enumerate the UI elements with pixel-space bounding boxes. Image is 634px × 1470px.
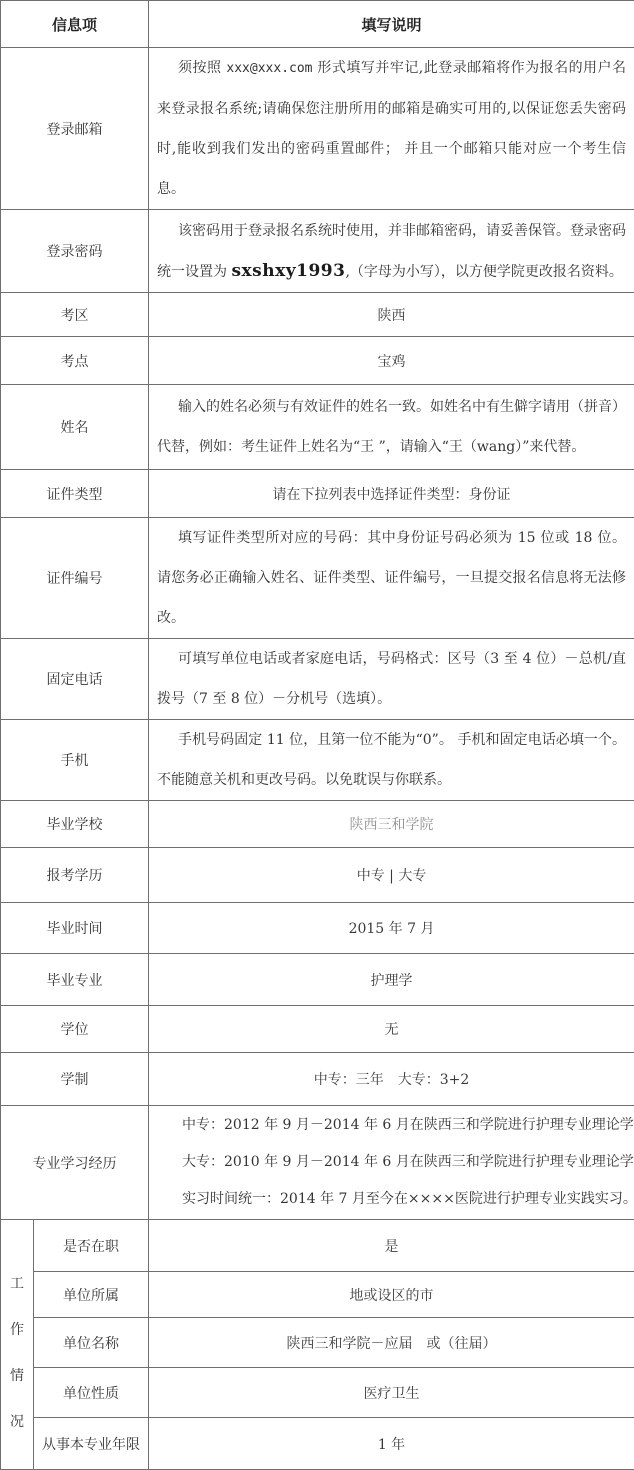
table-row-unit-name: 单位名称 陕西三和学院－应届 或（往届） [1, 1318, 634, 1368]
table-row-graduation-major: 毕业专业 护理学 [1, 954, 634, 1006]
row-value-graduation-time: 2015 年 7 月 [149, 903, 634, 954]
registration-instructions-document: 信息项 填写说明 登录邮箱 须按照 xxx@xxx.com 形式填写并牢记,此登… [0, 0, 634, 1470]
row-value-exam-area: 陕西 [149, 293, 634, 337]
row-label-unit-name: 单位名称 [34, 1318, 149, 1368]
row-label-name: 姓名 [1, 385, 149, 470]
row-label-login-password: 登录密码 [1, 210, 149, 293]
table-row-degree: 学位 无 [1, 1006, 634, 1053]
email-format-code: xxx@xxx.com [226, 61, 312, 76]
row-label-exam-site: 考点 [1, 337, 149, 385]
row-label-mobile: 手机 [1, 720, 149, 801]
row-label-employed: 是否在职 [34, 1220, 149, 1272]
row-value-graduate-school: 陕西三和学院 [149, 801, 634, 848]
row-value-graduation-major: 护理学 [149, 954, 634, 1006]
table-row-id-type: 证件类型 请在下拉列表中选择证件类型：身份证 [1, 470, 634, 518]
table-row-schooling-length: 学制 中专：三年 大专：3+2 [1, 1053, 634, 1106]
row-label-schooling-length: 学制 [1, 1053, 149, 1106]
table-header-row: 信息项 填写说明 [1, 1, 634, 48]
table-row-exam-area: 考区 陕西 [1, 293, 634, 337]
registration-info-table: 信息项 填写说明 登录邮箱 须按照 xxx@xxx.com 形式填写并牢记,此登… [0, 0, 634, 1470]
row-desc-mobile: 手机号码固定 11 位，且第一位不能为“0”。 手机和固定电话必填一个。不能随意… [149, 720, 634, 801]
row-label-graduate-school: 毕业学校 [1, 801, 149, 848]
row-label-exam-area: 考区 [1, 293, 149, 337]
row-label-degree: 学位 [1, 1006, 149, 1053]
row-desc-id-number: 填写证件类型所对应的号码：其中身份证号码必须为 15 位或 18 位。 请您务必… [149, 518, 634, 639]
table-row-employed: 工作情况 是否在职 是 [1, 1220, 634, 1272]
row-desc-study-experience: 中专：2012 年 9 月－2014 年 6 月在陕西三和学院进行护理专业理论学… [149, 1106, 634, 1220]
row-value-unit-region: 地或设区的市 [149, 1272, 634, 1318]
column-header-info-item: 信息项 [1, 1, 149, 48]
study-experience-line-2: 大专：2010 年 9 月－2014 年 6 月在陕西三和学院进行护理专业理论学… [182, 1144, 628, 1181]
row-label-graduation-major: 毕业专业 [1, 954, 149, 1006]
row-value-unit-type: 医疗卫生 [149, 1368, 634, 1418]
row-desc-landline: 可填写单位电话或者家庭电话，号码格式：区号（3 至 4 位）－总机/直拨号（7 … [149, 639, 634, 720]
row-desc-login-password: 该密码用于登录报名系统时使用，并非邮箱密码，请妥善保管。登录密码统一设置为 sx… [149, 210, 634, 293]
row-label-graduation-time: 毕业时间 [1, 903, 149, 954]
table-row-unit-region: 单位所属 地或设区的市 [1, 1272, 634, 1318]
login-password-text-after: ,（字母为小写），以方便学院更改报名资料。 [345, 264, 622, 280]
table-row-applied-education: 报考学历 中专 | 大专 [1, 848, 634, 903]
work-status-section-cell: 工作情况 [1, 1220, 34, 1470]
name-paragraph: 输入的姓名必须与有效证件的姓名一致。如姓名中有生僻字请用（拼音）代替，例如：考生… [157, 387, 626, 467]
table-row-id-number: 证件编号 填写证件类型所对应的号码：其中身份证号码必须为 15 位或 18 位。… [1, 518, 634, 639]
study-experience-line-3: 实习时间统一：2014 年 7 月至今在××××医院进行护理专业实践实习。 [182, 1181, 628, 1218]
row-label-landline: 固定电话 [1, 639, 149, 720]
login-password-paragraph: 该密码用于登录报名系统时使用，并非邮箱密码，请妥善保管。登录密码统一设置为 sx… [157, 211, 626, 292]
work-status-vertical-label: 工作情况 [10, 1261, 25, 1445]
row-value-degree: 无 [149, 1006, 634, 1053]
row-label-login-email: 登录邮箱 [1, 48, 149, 210]
table-row-landline: 固定电话 可填写单位电话或者家庭电话，号码格式：区号（3 至 4 位）－总机/直… [1, 639, 634, 720]
row-label-id-type: 证件类型 [1, 470, 149, 518]
table-row-mobile: 手机 手机号码固定 11 位，且第一位不能为“0”。 手机和固定电话必填一个。不… [1, 720, 634, 801]
row-value-id-type: 请在下拉列表中选择证件类型：身份证 [149, 470, 634, 518]
row-label-years-in-profession: 从事本专业年限 [34, 1418, 149, 1470]
table-row-years-in-profession: 从事本专业年限 1 年 [1, 1418, 634, 1470]
row-label-applied-education: 报考学历 [1, 848, 149, 903]
landline-paragraph: 可填写单位电话或者家庭电话，号码格式：区号（3 至 4 位）－总机/直拨号（7 … [157, 639, 626, 719]
row-label-unit-region: 单位所属 [34, 1272, 149, 1318]
table-row-name: 姓名 输入的姓名必须与有效证件的姓名一致。如姓名中有生僻字请用（拼音）代替，例如… [1, 385, 634, 470]
login-email-text-after: 形式填写并牢记,此登录邮箱将作为报名的用户名来登录报名系统;请确保您注册所用的邮… [157, 60, 626, 197]
row-desc-login-email: 须按照 xxx@xxx.com 形式填写并牢记,此登录邮箱将作为报名的用户名来登… [149, 48, 634, 210]
table-row-exam-site: 考点 宝鸡 [1, 337, 634, 385]
table-row-graduate-school: 毕业学校 陕西三和学院 [1, 801, 634, 848]
login-email-paragraph: 须按照 xxx@xxx.com 形式填写并牢记,此登录邮箱将作为报名的用户名来登… [157, 48, 626, 209]
row-value-schooling-length: 中专：三年 大专：3+2 [149, 1053, 634, 1106]
row-value-exam-site: 宝鸡 [149, 337, 634, 385]
table-row-unit-type: 单位性质 医疗卫生 [1, 1368, 634, 1418]
id-number-paragraph: 填写证件类型所对应的号码：其中身份证号码必须为 15 位或 18 位。 请您务必… [157, 518, 626, 638]
mobile-paragraph: 手机号码固定 11 位，且第一位不能为“0”。 手机和固定电话必填一个。不能随意… [157, 720, 626, 800]
column-header-instructions: 填写说明 [149, 1, 634, 48]
study-experience-line-1: 中专：2012 年 9 月－2014 年 6 月在陕西三和学院进行护理专业理论学… [182, 1107, 628, 1144]
row-desc-name: 输入的姓名必须与有效证件的姓名一致。如姓名中有生僻字请用（拼音）代替，例如：考生… [149, 385, 634, 470]
table-row-study-experience: 专业学习经历 中专：2012 年 9 月－2014 年 6 月在陕西三和学院进行… [1, 1106, 634, 1220]
row-label-study-experience: 专业学习经历 [1, 1106, 149, 1220]
row-value-applied-education: 中专 | 大专 [149, 848, 634, 903]
table-row-login-password: 登录密码 该密码用于登录报名系统时使用，并非邮箱密码，请妥善保管。登录密码统一设… [1, 210, 634, 293]
row-label-id-number: 证件编号 [1, 518, 149, 639]
row-label-unit-type: 单位性质 [34, 1368, 149, 1418]
table-row-graduation-time: 毕业时间 2015 年 7 月 [1, 903, 634, 954]
row-value-years-in-profession: 1 年 [149, 1418, 634, 1470]
login-email-text-before: 须按照 [178, 60, 226, 76]
row-value-unit-name: 陕西三和学院－应届 或（往届） [149, 1318, 634, 1368]
password-code: sxshxy1993 [231, 261, 345, 281]
table-row-login-email: 登录邮箱 须按照 xxx@xxx.com 形式填写并牢记,此登录邮箱将作为报名的… [1, 48, 634, 210]
row-value-employed: 是 [149, 1220, 634, 1272]
